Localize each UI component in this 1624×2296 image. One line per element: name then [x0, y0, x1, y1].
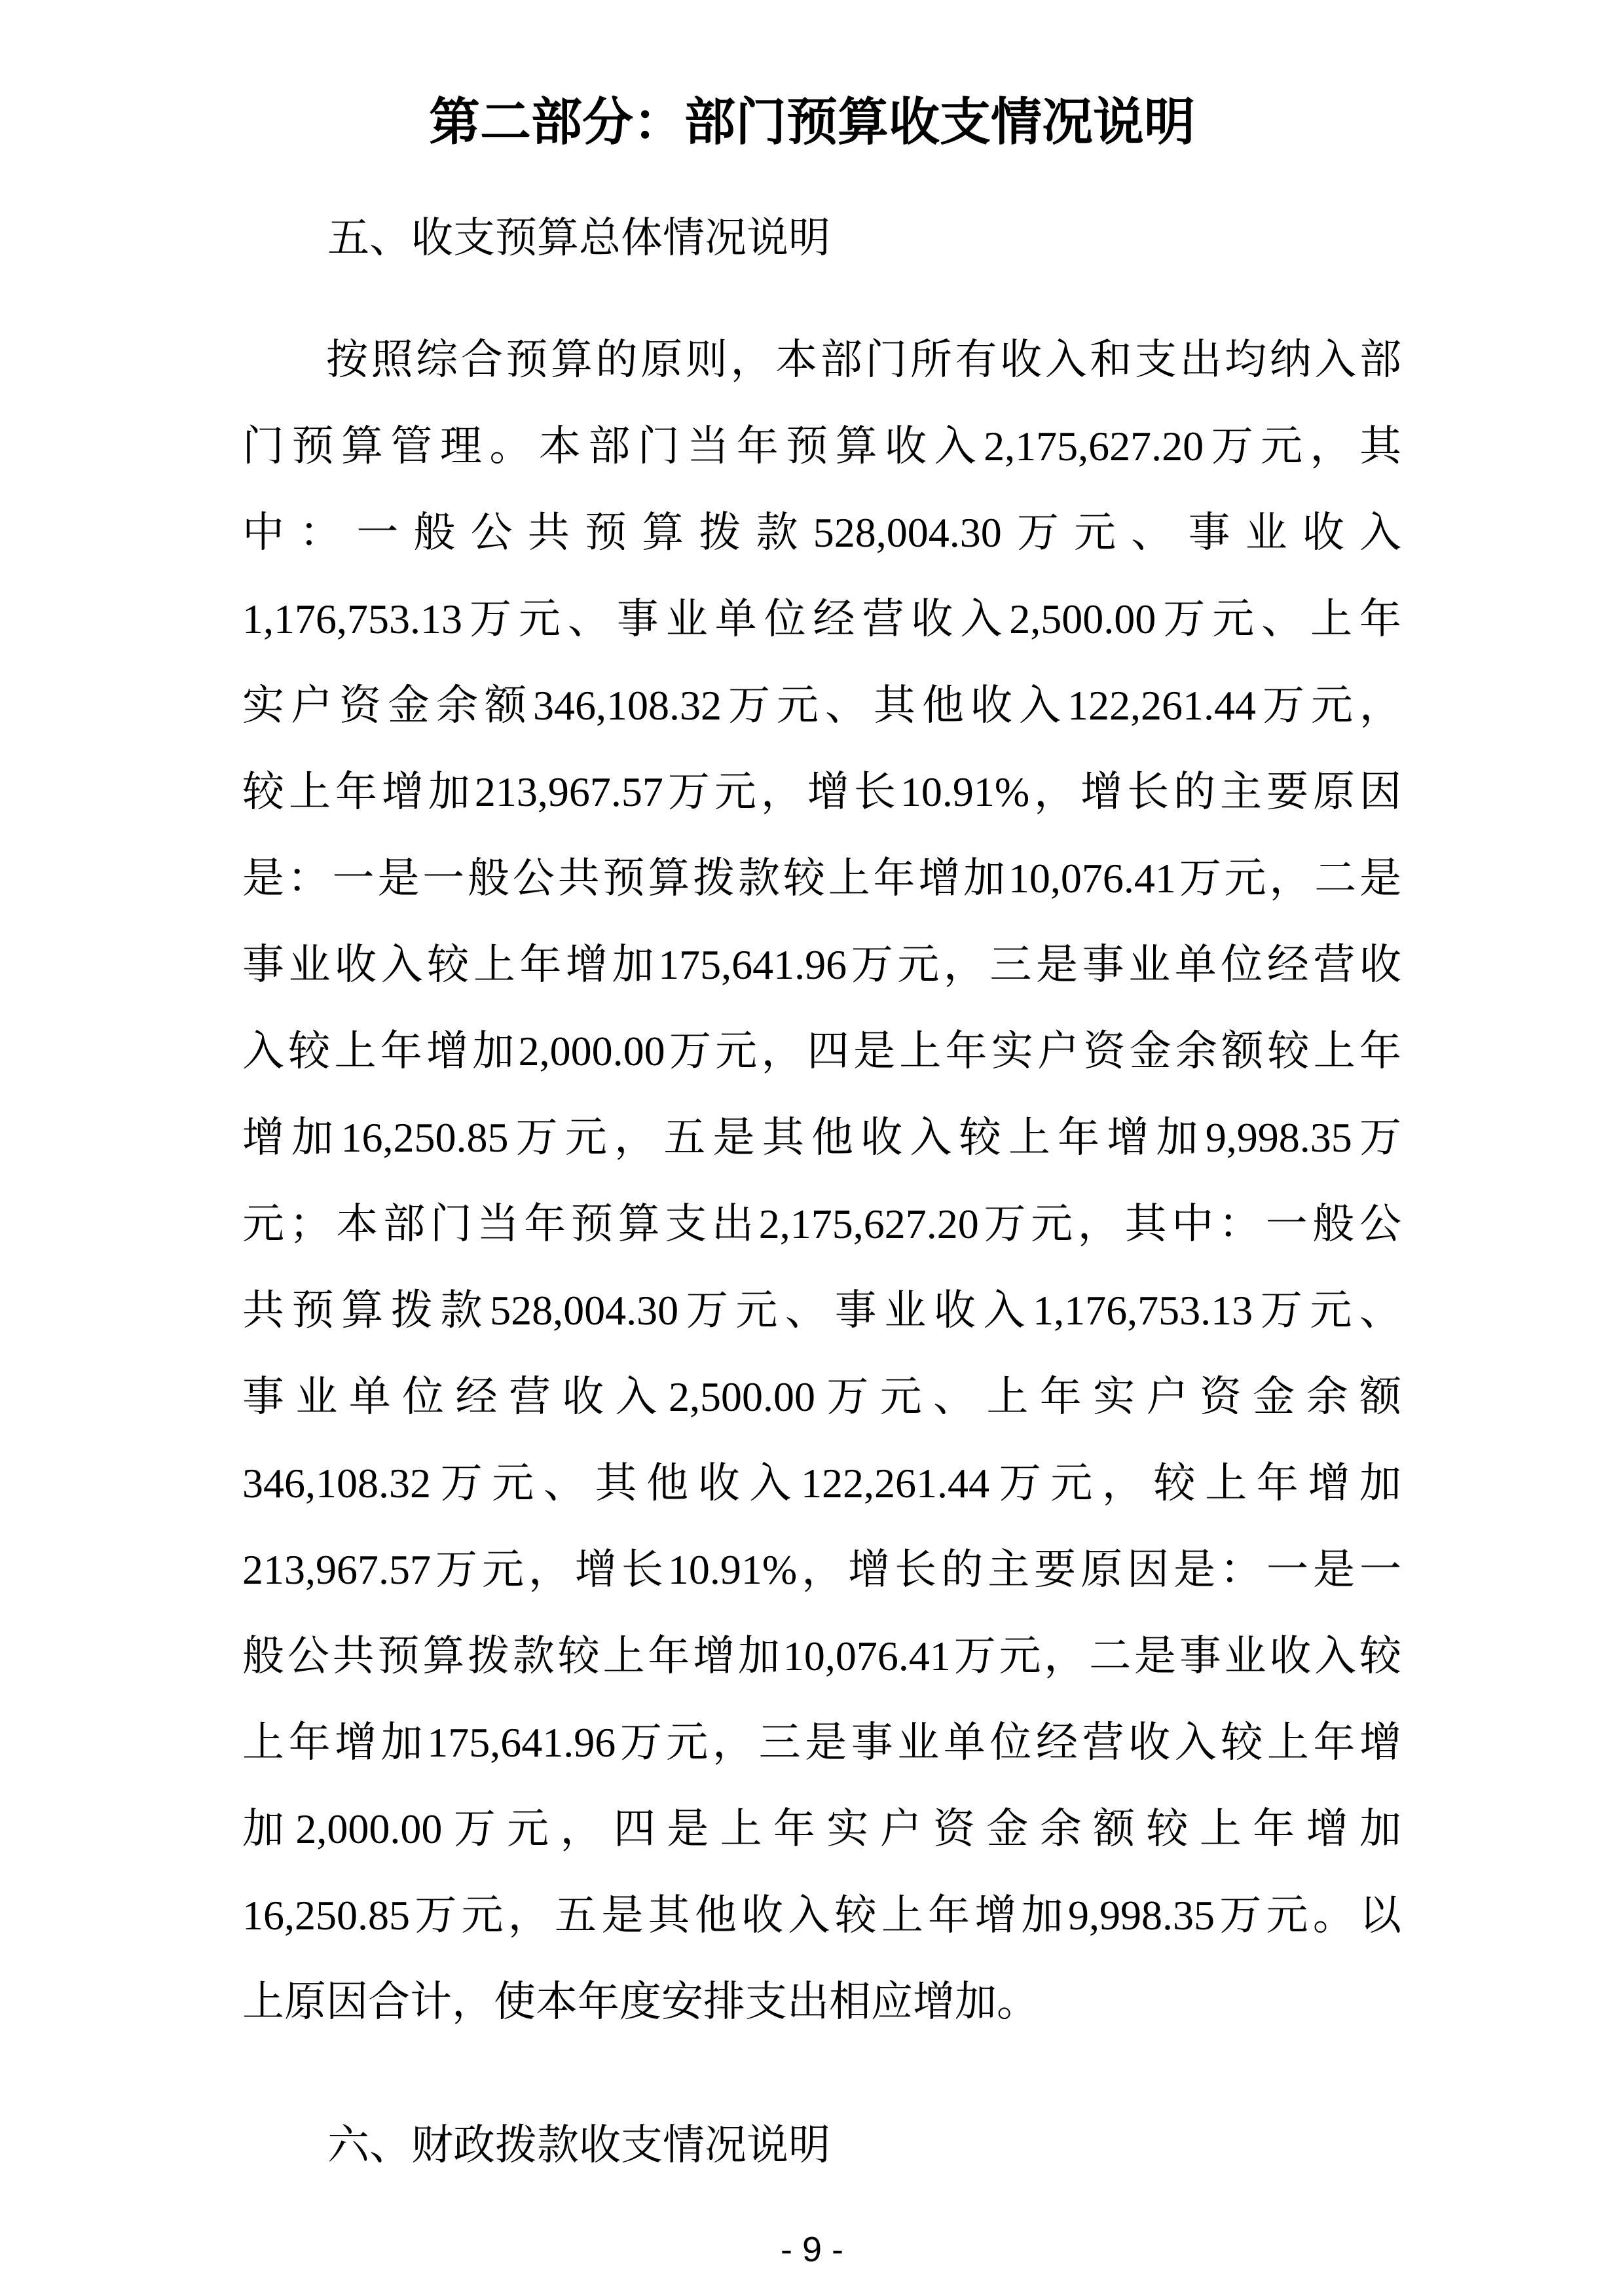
- body-line: 上原因合计，使本年度安排支出相应增加。: [242, 1959, 1401, 2045]
- body-line: 213,967.57万元，增长10.91%，增长的主要原因是：一是一: [242, 1527, 1401, 1613]
- body-paragraph: 按照综合预算的原则，本部门所有收入和支出均纳入部 门预算管理。本部门当年预算收入…: [242, 317, 1401, 2045]
- body-line: 事业收入较上年增加175,641.96万元，三是事业单位经营收: [242, 922, 1401, 1008]
- body-line: 事业单位经营收入2,500.00万元、上年实户资金余额: [242, 1354, 1401, 1440]
- body-line: 门预算管理。本部门当年预算收入2,175,627.20万元，其: [242, 403, 1401, 490]
- body-line: 16,250.85万元，五是其他收入较上年增加9,998.35万元。以: [242, 1872, 1401, 1959]
- document-title: 第二部分：部门预算收支情况说明: [0, 79, 1624, 165]
- page-number: - 9 -: [0, 2230, 1624, 2269]
- body-line: 346,108.32万元、其他收入122,261.44万元，较上年增加: [242, 1440, 1401, 1527]
- body-line: 般公共预算拨款较上年增加10,076.41万元，二是事业收入较: [242, 1613, 1401, 1700]
- body-line: 是：一是一般公共预算拨款较上年增加10,076.41万元，二是: [242, 835, 1401, 922]
- section-heading-5: 五、收支预算总体情况说明: [327, 195, 830, 282]
- body-line: 按照综合预算的原则，本部门所有收入和支出均纳入部: [242, 317, 1401, 403]
- body-line: 上年增加175,641.96万元，三是事业单位经营收入较上年增: [242, 1700, 1401, 1786]
- body-line: 入较上年增加2,000.00万元，四是上年实户资金余额较上年: [242, 1008, 1401, 1095]
- body-line: 1,176,753.13万元、事业单位经营收入2,500.00万元、上年: [242, 576, 1401, 663]
- body-line: 较上年增加213,967.57万元，增长10.91%，增长的主要原因: [242, 749, 1401, 835]
- body-line: 共预算拨款528,004.30万元、事业收入1,176,753.13万元、: [242, 1267, 1401, 1354]
- body-line: 元；本部门当年预算支出2,175,627.20万元，其中：一般公: [242, 1181, 1401, 1267]
- body-line: 实户资金余额346,108.32万元、其他收入122,261.44万元，: [242, 663, 1401, 749]
- body-line: 加2,000.00万元，四是上年实户资金余额较上年增加: [242, 1786, 1401, 1872]
- document-page: 第二部分：部门预算收支情况说明 五、收支预算总体情况说明 按照综合预算的原则，本…: [0, 0, 1624, 2296]
- body-line: 增加16,250.85万元，五是其他收入较上年增加9,998.35万: [242, 1095, 1401, 1181]
- body-line: 中：一般公共预算拨款528,004.30万元、事业收入: [242, 490, 1401, 576]
- section-heading-6: 六、财政拨款收支情况说明: [327, 2102, 830, 2189]
